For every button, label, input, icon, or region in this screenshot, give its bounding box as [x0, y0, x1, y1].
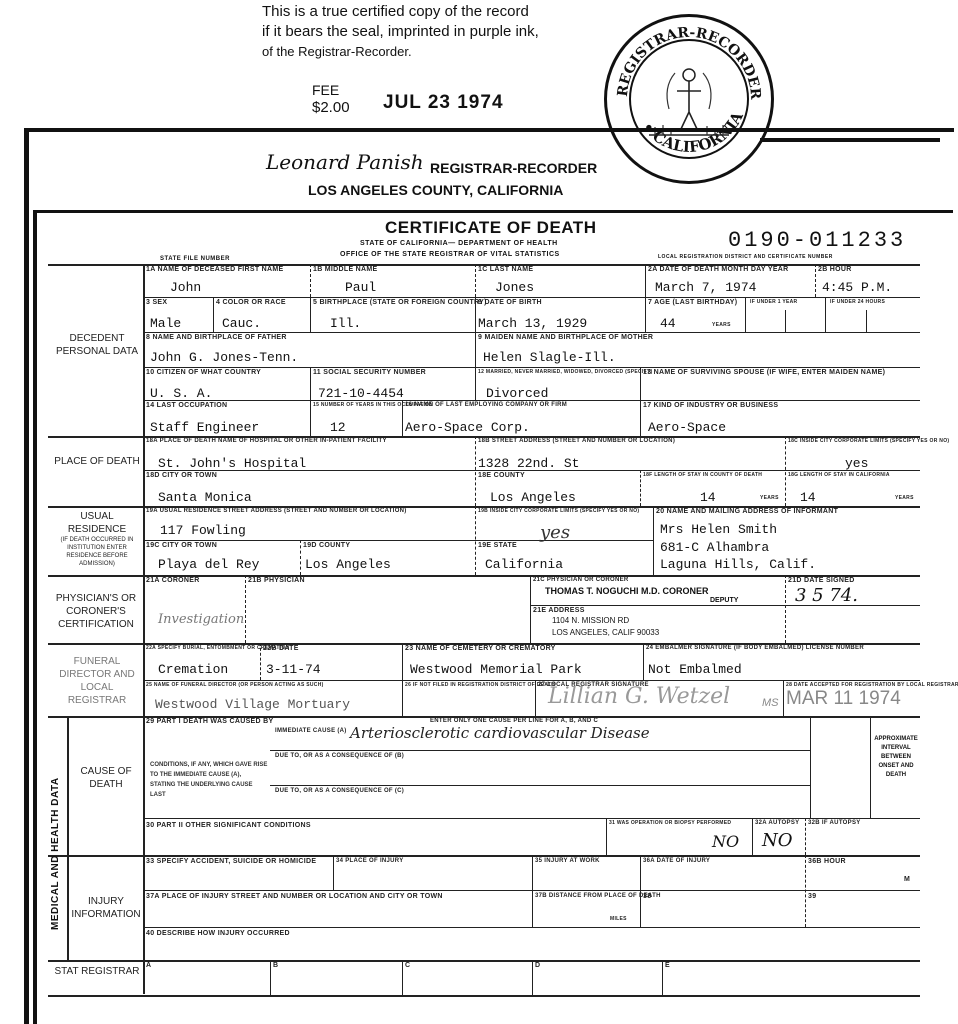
stay-california-field[interactable]: 14: [800, 490, 816, 505]
place-of-death-field[interactable]: St. John's Hospital: [158, 456, 306, 471]
label-18e: 18e COUNTY: [478, 472, 525, 479]
mother-field[interactable]: Helen Slagle-Ill.: [483, 350, 616, 365]
note-line-1: This is a true certified copy of the rec…: [262, 2, 539, 22]
label-17: 17 KIND OF INDUSTRY OR BUSINESS: [643, 402, 778, 409]
under-24-hours-label: IF UNDER 24 HOURS: [830, 299, 885, 305]
label-24: 24 EMBALMER SIGNATURE (IF BODY EMBALMED)…: [646, 645, 864, 651]
death-street-field[interactable]: 1328 22nd. St: [478, 456, 579, 471]
label-19b: 19b INSIDE CITY CORPORATE LIMITS (SPECIF…: [478, 508, 639, 514]
usual-residence-note: (IF DEATH OCCURRED IN INSTITUTION ENTER …: [52, 536, 142, 568]
sex-field[interactable]: Male: [150, 316, 181, 331]
section-certification: PHYSICIAN'S OR CORONER'S CERTIFICATION: [50, 592, 142, 631]
label-13: 13 NAME OF SURVIVING SPOUSE (IF WIFE, EN…: [643, 369, 885, 376]
label-30: 30 PART II OTHER SIGNIFICANT CONDITIONS: [146, 822, 311, 829]
note-line-2: if it bears the seal, imprinted in purpl…: [262, 22, 539, 42]
section-injury: INJURY INFORMATION: [70, 895, 142, 921]
coroner-address-line2: LOS ANGELES, CALIF 90033: [552, 628, 659, 637]
stat-a: A: [146, 962, 151, 969]
fee-block: FEE $2.00: [312, 82, 350, 116]
label-11: 11 SOCIAL SECURITY NUMBER: [313, 369, 426, 376]
date-signed-field[interactable]: 3 5 74.: [795, 585, 858, 606]
label-1b: 1b MIDDLE NAME: [313, 266, 377, 273]
ssn-field[interactable]: 721-10-4454: [318, 386, 404, 401]
label-21b: 21b PHYSICIAN: [248, 577, 305, 584]
label-18c: 18c INSIDE CITY CORPORATE LIMITS (SPECIF…: [788, 438, 949, 444]
svg-text:REGISTRAR-RECORDER LOS ANGELES: REGISTRAR-RECORDER LOS ANGELES COUNTY: [607, 17, 763, 100]
label-23: 23 NAME OF CEMETERY OR CREMATORY: [405, 645, 556, 652]
immediate-cause-label: IMMEDIATE CAUSE (A): [275, 728, 347, 734]
citizen-field[interactable]: U. S. A.: [150, 386, 212, 401]
label-32b: 32b IF AUTOPSY: [808, 820, 861, 826]
informant-city-field[interactable]: Laguna Hills, Calif.: [660, 557, 816, 572]
label-18a: 18a PLACE OF DEATH NAME OF HOSPITAL OR O…: [146, 438, 387, 444]
label-39: 39: [808, 893, 816, 900]
label-22b: 22b DATE: [263, 645, 299, 652]
informant-name-field[interactable]: Mrs Helen Smith: [660, 522, 777, 537]
disposition-field[interactable]: Cremation: [158, 662, 228, 677]
label-37b: 37b DISTANCE FROM PLACE OF DEATH: [535, 893, 661, 899]
fee-label: FEE: [312, 82, 350, 99]
label-8: 8 NAME AND BIRTHPLACE OF FATHER: [146, 334, 287, 341]
cause-b-label: DUE TO, OR AS A CONSEQUENCE OF (B): [275, 753, 404, 759]
label-31: 31 WAS OPERATION OR BIOPSY PERFORMED: [609, 820, 731, 826]
label-38: 38: [643, 893, 651, 900]
years-occupation-field[interactable]: 12: [330, 420, 346, 435]
conditions-note: CONDITIONS, IF ANY, WHICH GAVE RISE TO T…: [150, 760, 268, 800]
label-19a: 19a USUAL RESIDENCE STREET ADDRESS (STRE…: [146, 508, 407, 514]
local-registrar-signature: Lillian G. Wetzel: [548, 684, 730, 709]
label-1a: 1a NAME OF DECEASED FIRST NAME: [146, 266, 283, 273]
occupation-field[interactable]: Staff Engineer: [150, 420, 259, 435]
certificate-subtitle-1: STATE OF CALIFORNIA— DEPARTMENT OF HEALT…: [360, 240, 558, 247]
interval-label: APPROXIMATE INTERVAL BETWEEN ONSET AND D…: [872, 735, 920, 780]
registration-date-field: MAR 11 1974: [786, 688, 901, 710]
frame-top-bar: [24, 128, 614, 132]
fee-amount: $2.00: [312, 99, 350, 116]
registrar-county: LOS ANGELES COUNTY, CALIFORNIA: [308, 182, 563, 198]
disposition-date-field[interactable]: 3-11-74: [266, 662, 321, 677]
issue-date-stamp: JUL 23 1974: [383, 92, 504, 114]
label-18f: 18f LENGTH OF STAY IN COUNTY OF DEATH: [643, 472, 762, 478]
label-12: 12 MARRIED, NEVER MARRIED, WIDOWED, DIVO…: [478, 369, 653, 375]
label-36b: 36b HOUR: [808, 858, 846, 865]
residence-state-field[interactable]: California: [485, 557, 563, 572]
stat-e: E: [665, 962, 670, 969]
label-21c: 21c PHYSICIAN OR CORONER: [533, 577, 629, 583]
label-4: 4 COLOR OR RACE: [216, 299, 286, 306]
race-field[interactable]: Cauc.: [222, 316, 261, 331]
label-7: 7 AGE (LAST BIRTHDAY): [648, 299, 737, 306]
coroner-address-line1: 1104 N. MISSION RD: [552, 616, 629, 625]
local-registrar-suffix: MS: [762, 697, 779, 709]
label-1c: 1c LAST NAME: [478, 266, 533, 273]
section-decedent: DECEDENT PERSONAL DATA: [52, 332, 142, 358]
label-29: 29 PART I DEATH WAS CAUSED BY: [146, 718, 273, 725]
certified-copy-note: This is a true certified copy of the rec…: [262, 2, 539, 62]
stay-county-unit: YEARS: [760, 495, 779, 501]
label-26: 26 IF NOT FILED IN REGISTRATION DISTRICT…: [405, 682, 555, 688]
residence-street-field[interactable]: 117 Fowling: [160, 523, 246, 538]
cemetery-field[interactable]: Westwood Memorial Park: [410, 662, 582, 677]
label-18b: 18b STREET ADDRESS (STREET AND NUMBER OR…: [478, 438, 675, 444]
date-of-birth-field[interactable]: March 13, 1929: [478, 316, 587, 331]
middle-name-field[interactable]: Paul: [345, 280, 376, 295]
label-36a: 36a DATE OF INJURY: [643, 858, 710, 864]
label-34: 34 PLACE OF INJURY: [336, 858, 404, 864]
label-14: 14 LAST OCCUPATION: [146, 402, 227, 409]
stat-d: D: [535, 962, 540, 969]
local-reg-label: LOCAL REGISTRATION DISTRICT AND CERTIFIC…: [658, 254, 833, 260]
stay-california-unit: YEARS: [895, 495, 914, 501]
marital-status-field[interactable]: Divorced: [486, 386, 548, 401]
residence-county-field[interactable]: Los Angeles: [305, 557, 391, 572]
registrar-title: REGISTRAR-RECORDER: [430, 160, 597, 176]
label-19d: 19d COUNTY: [303, 542, 350, 549]
employer-field[interactable]: Aero-Space Corp.: [405, 420, 530, 435]
operation-field[interactable]: NO: [712, 832, 739, 851]
label-35: 35 INJURY AT WORK: [535, 858, 600, 864]
hour-of-death-field[interactable]: 4:45 P.M.: [822, 280, 892, 295]
section-stat-registrar: STAT REGISTRAR: [52, 965, 142, 978]
death-city-field[interactable]: Santa Monica: [158, 490, 252, 505]
deputy-label: DEPUTY: [710, 597, 738, 604]
stay-county-field[interactable]: 14: [700, 490, 716, 505]
label-37a: 37a PLACE OF INJURY STREET AND NUMBER OR…: [146, 893, 443, 900]
label-32a: 32a AUTOPSY: [755, 820, 799, 826]
informant-address-field[interactable]: 681-C Alhambra: [660, 540, 769, 555]
label-2a: 2a DATE OF DEATH MONTH DAY YEAR: [648, 266, 789, 273]
last-name-field[interactable]: Jones: [495, 280, 534, 295]
hour-injury-suffix: M: [904, 876, 910, 883]
autopsy-field[interactable]: NO: [762, 830, 793, 851]
miles-unit: MILES: [610, 916, 627, 922]
label-3: 3 SEX: [146, 299, 167, 306]
first-name-field[interactable]: John: [170, 280, 201, 295]
cause-c-label: DUE TO, OR AS A CONSEQUENCE OF (C): [275, 788, 404, 794]
label-19c: 19c CITY OR TOWN: [146, 542, 217, 549]
label-21a: 21a CORONER: [146, 577, 200, 584]
under-1-year-label: IF UNDER 1 YEAR: [750, 299, 797, 305]
certificate-subtitle-2: OFFICE OF THE STATE REGISTRAR OF VITAL S…: [340, 251, 560, 258]
state-file-number-label: STATE FILE NUMBER: [160, 256, 230, 262]
death-county-field[interactable]: Los Angeles: [490, 490, 576, 505]
industry-field[interactable]: Aero-Space: [648, 420, 726, 435]
immediate-cause-field[interactable]: Arteriosclerotic cardiovascular Disease: [350, 724, 650, 742]
label-20: 20 NAME AND MAILING ADDRESS OF INFORMANT: [656, 508, 838, 515]
age-field[interactable]: 44: [660, 316, 676, 331]
residence-inside-city-field[interactable]: yes: [540, 522, 570, 543]
funeral-director-field[interactable]: Westwood Village Mortuary: [155, 697, 350, 712]
embalmer-field[interactable]: Not Embalmed: [648, 662, 742, 677]
coroner-field[interactable]: Investigation: [158, 612, 244, 627]
section-cause: CAUSE OF DEATH: [70, 765, 142, 791]
section-usual-residence: USUAL RESIDENCE (IF DEATH OCCURRED IN IN…: [52, 510, 142, 568]
coroner-name-field[interactable]: THOMAS T. NOGUCHI M.D. CORONER: [545, 586, 709, 596]
label-16: 16 NAME OF LAST EMPLOYING COMPANY OR FIR…: [405, 402, 567, 408]
label-9: 9 MAIDEN NAME AND BIRTHPLACE OF MOTHER: [478, 334, 653, 341]
stat-c: C: [405, 962, 410, 969]
label-21d: 21d DATE SIGNED: [788, 577, 855, 584]
note-line-3: of the Registrar-Recorder.: [262, 42, 539, 62]
section-medical-side: MEDICAL AND HEALTH DATA: [50, 777, 61, 930]
label-10: 10 CITIZEN OF WHAT COUNTRY: [146, 369, 261, 376]
certificate-title: CERTIFICATE OF DEATH: [385, 218, 596, 238]
death-inside-city-field[interactable]: yes: [845, 456, 868, 471]
residence-city-field[interactable]: Playa del Rey: [158, 557, 259, 572]
usual-residence-title: USUAL RESIDENCE: [68, 511, 126, 535]
registrar-signature: Leonard Panish: [266, 150, 424, 174]
section-place-of-death: PLACE OF DEATH: [52, 455, 142, 468]
label-33: 33 SPECIFY ACCIDENT, SUICIDE OR HOMICIDE: [146, 858, 316, 865]
label-18g: 18g LENGTH OF STAY IN CALIFORNIA: [788, 472, 890, 478]
father-field[interactable]: John G. Jones-Tenn.: [150, 350, 298, 365]
stat-b: B: [273, 962, 278, 969]
label-40: 40 DESCRIBE HOW INJURY OCCURRED: [146, 930, 290, 937]
label-25: 25 NAME OF FUNERAL DIRECTOR (OR PERSON A…: [146, 682, 324, 688]
section-funeral: FUNERAL DIRECTOR AND LOCAL REGISTRAR: [52, 655, 142, 707]
label-5: 5 BIRTHPLACE (STATE OR FOREIGN COUNTRY): [313, 299, 487, 306]
certificate-number: 0190-011233: [728, 228, 906, 253]
label-6: 6 DATE OF BIRTH: [478, 299, 542, 306]
label-21e: 21e ADDRESS: [533, 607, 585, 614]
label-19e: 19e STATE: [478, 542, 517, 549]
label-2b: 2b HOUR: [818, 266, 852, 273]
frame-top-bar-right: [760, 138, 940, 142]
date-of-death-field[interactable]: March 7, 1974: [655, 280, 756, 295]
birthplace-field[interactable]: Ill.: [330, 316, 361, 331]
label-18d: 18d CITY OR TOWN: [146, 472, 217, 479]
age-unit: YEARS: [712, 322, 731, 328]
